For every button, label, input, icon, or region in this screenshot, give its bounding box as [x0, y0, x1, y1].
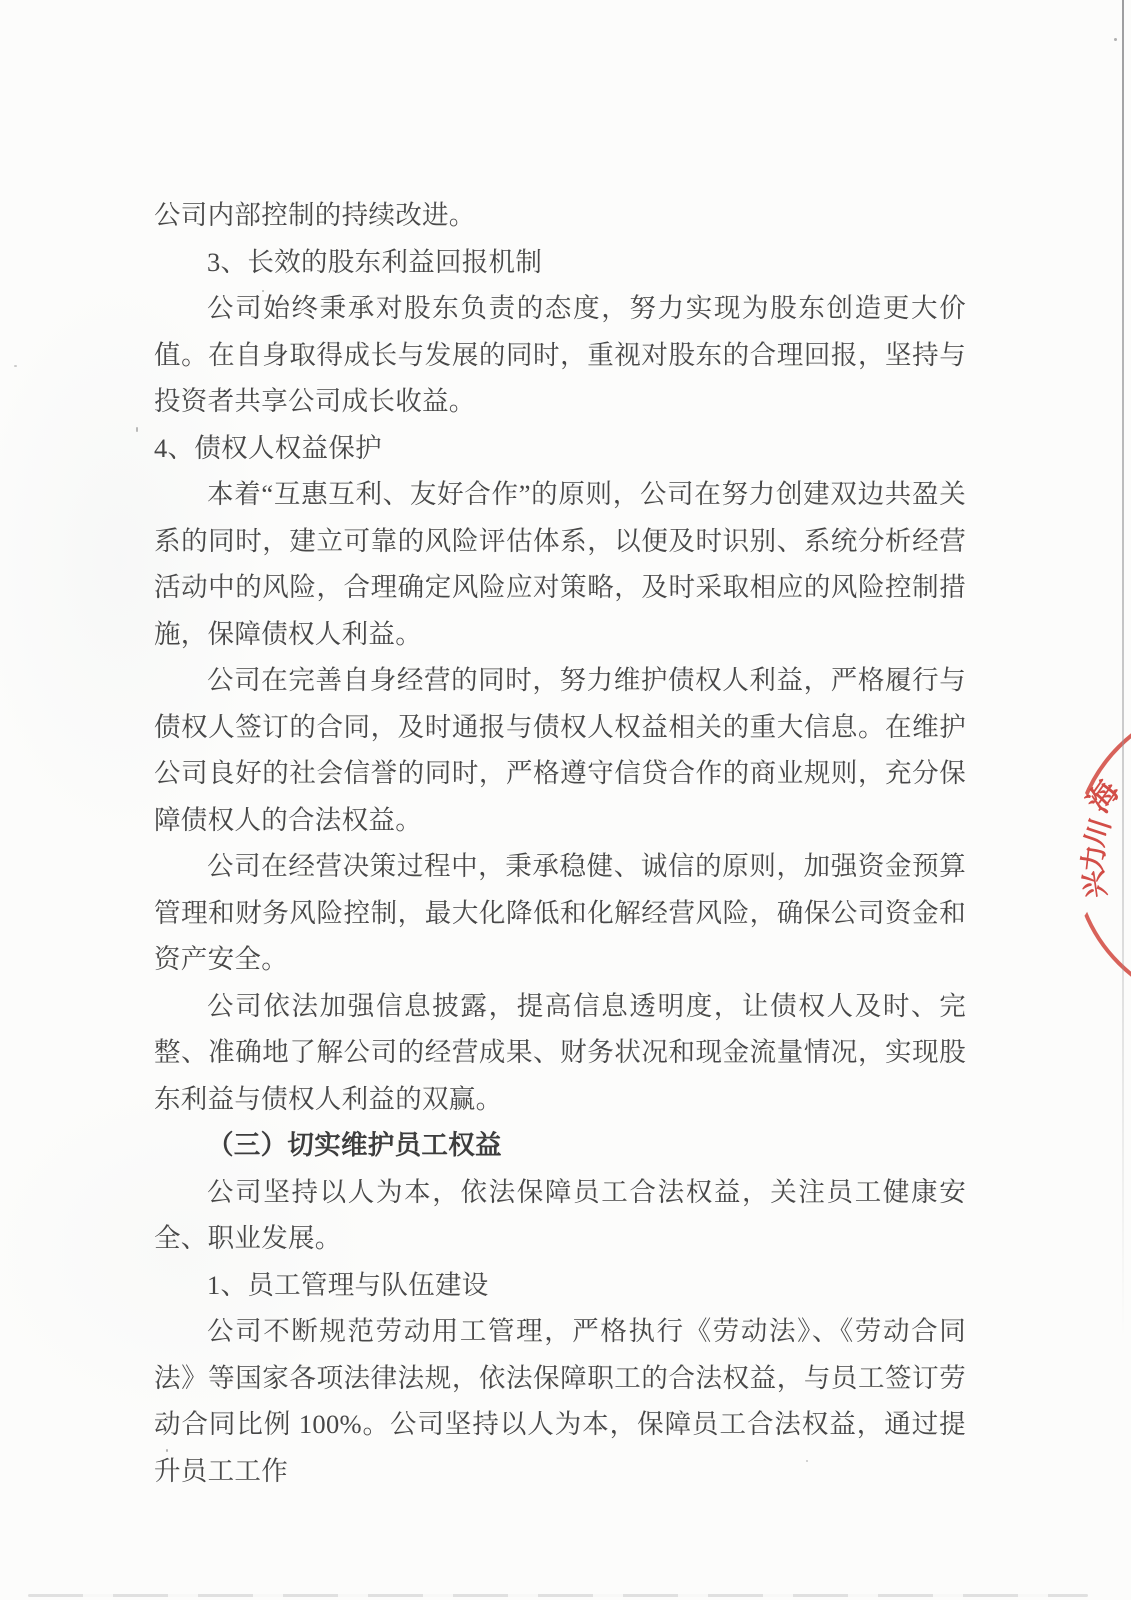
body-paragraph: 公司依法加强信息披露，提高信息透明度，让债权人及时、完整、准确地了解公司的经营成… [154, 983, 966, 1123]
body-paragraph: 公司在完善自身经营的同时，努力维护债权人利益，严格履行与债权人签订的合同，及时通… [154, 657, 966, 843]
body-paragraph: 公司不断规范劳动用工管理，严格执行《劳动法》、《劳动合同法》等国家各项法律法规，… [154, 1308, 966, 1494]
scan-speck [166, 1449, 168, 1452]
scan-speck [1114, 38, 1117, 41]
body-paragraph: 本着“互惠互利、友好合作”的原则，公司在努力创建双边共盈关系的同时，建立可靠的风… [154, 471, 966, 657]
scan-speck [136, 427, 138, 432]
body-paragraph: 公司内部控制的持续改进。 [154, 192, 966, 239]
section-heading: （三）切实维护员工权益 [154, 1122, 966, 1169]
body-paragraph: 公司坚持以人为本，依法保障员工合法权益，关注员工健康安全、职业发展。 [154, 1169, 966, 1262]
numbered-heading: 1、员工管理与队伍建设 [154, 1262, 966, 1309]
seal-character: 兴 [1071, 868, 1113, 900]
scan-bottom-band [28, 1594, 1088, 1597]
numbered-heading: 4、债权人权益保护 [154, 425, 966, 472]
scan-speck [262, 290, 264, 292]
body-paragraph: 公司始终秉承对股东负责的态度，努力实现为股东创造更大价值。在自身取得成长与发展的… [154, 285, 966, 425]
scan-speck [14, 365, 17, 367]
numbered-heading: 3、长效的股东利益回报机制 [154, 239, 966, 286]
body-paragraph: 公司在经营决策过程中，秉承稳健、诚信的原则，加强资金预算管理和财务风险控制，最大… [154, 843, 966, 983]
scanned-document-page: 公司内部控制的持续改进。 3、长效的股东利益回报机制 公司始终秉承对股东负责的态… [0, 0, 1131, 1600]
scan-speck [806, 1460, 808, 1462]
scan-edge-line [1122, 0, 1124, 1340]
document-body: 公司内部控制的持续改进。 3、长效的股东利益回报机制 公司始终秉承对股东负责的态… [154, 192, 966, 1494]
